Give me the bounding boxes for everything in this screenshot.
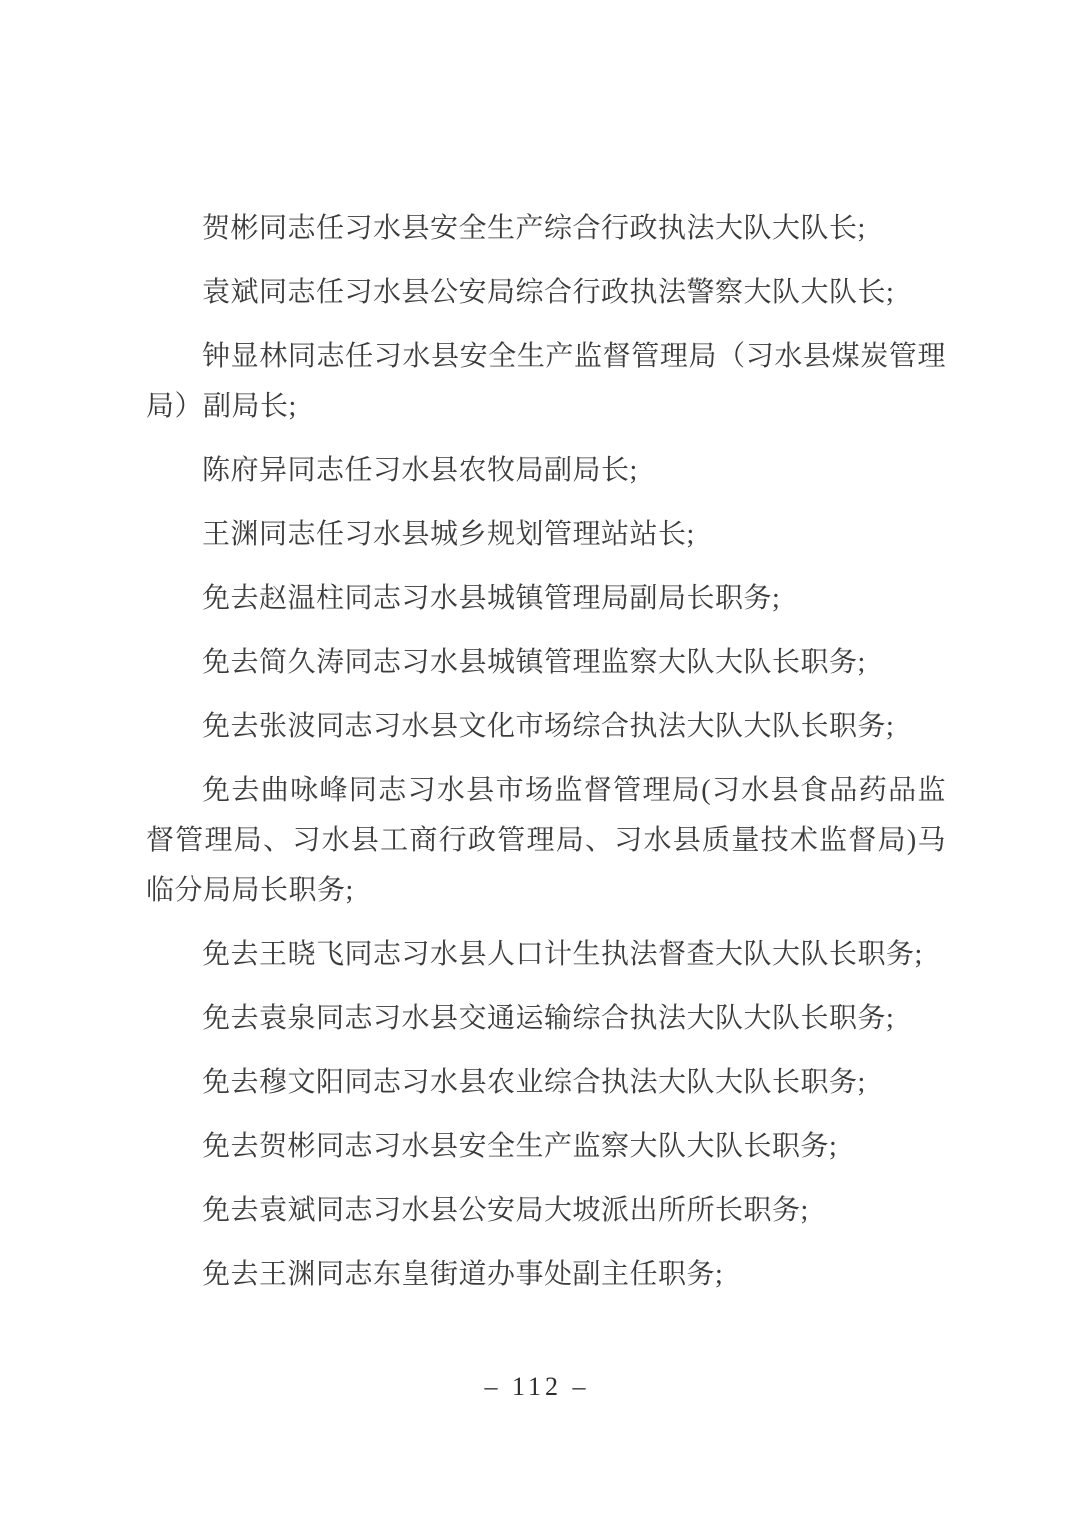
paragraph-appointment: 袁斌同志任习水县公安局综合行政执法警察大队大队长; [146, 268, 946, 318]
paragraph-removal: 免去简久涛同志习水县城镇管理监察大队大队长职务; [146, 638, 946, 688]
paragraph-appointment: 王渊同志任习水县城乡规划管理站站长; [146, 510, 946, 560]
paragraph-appointment: 贺彬同志任习水县安全生产综合行政执法大队大队长; [146, 204, 946, 254]
paragraph-removal: 免去曲咏峰同志习水县市场监督管理局(习水县食品药品监督管理局、习水县工商行政管理… [146, 766, 946, 916]
paragraph-removal: 免去穆文阳同志习水县农业综合执法大队大队长职务; [146, 1058, 946, 1108]
paragraph-removal: 免去王晓飞同志习水县人口计生执法督查大队大队长职务; [146, 930, 946, 980]
paragraph-appointment: 陈府异同志任习水县农牧局副局长; [146, 446, 946, 496]
document-body: 贺彬同志任习水县安全生产综合行政执法大队大队长; 袁斌同志任习水县公安局综合行政… [146, 204, 946, 1314]
page-number: – 112 – [484, 1372, 589, 1401]
paragraph-removal: 免去张波同志习水县文化市场综合执法大队大队长职务; [146, 702, 946, 752]
paragraph-removal: 免去袁泉同志习水县交通运输综合执法大队大队长职务; [146, 994, 946, 1044]
paragraph-removal: 免去袁斌同志习水县公安局大坡派出所所长职务; [146, 1186, 946, 1236]
paragraph-removal: 免去贺彬同志习水县安全生产监察大队大队长职务; [146, 1122, 946, 1172]
paragraph-appointment: 钟显林同志任习水县安全生产监督管理局（习水县煤炭管理局）副局长; [146, 332, 946, 432]
document-page: 贺彬同志任习水县安全生产综合行政执法大队大队长; 袁斌同志任习水县公安局综合行政… [0, 0, 1074, 1520]
page-footer: – 112 – [0, 1372, 1074, 1402]
paragraph-removal: 免去赵温柱同志习水县城镇管理局副局长职务; [146, 574, 946, 624]
paragraph-removal: 免去王渊同志东皇街道办事处副主任职务; [146, 1250, 946, 1300]
